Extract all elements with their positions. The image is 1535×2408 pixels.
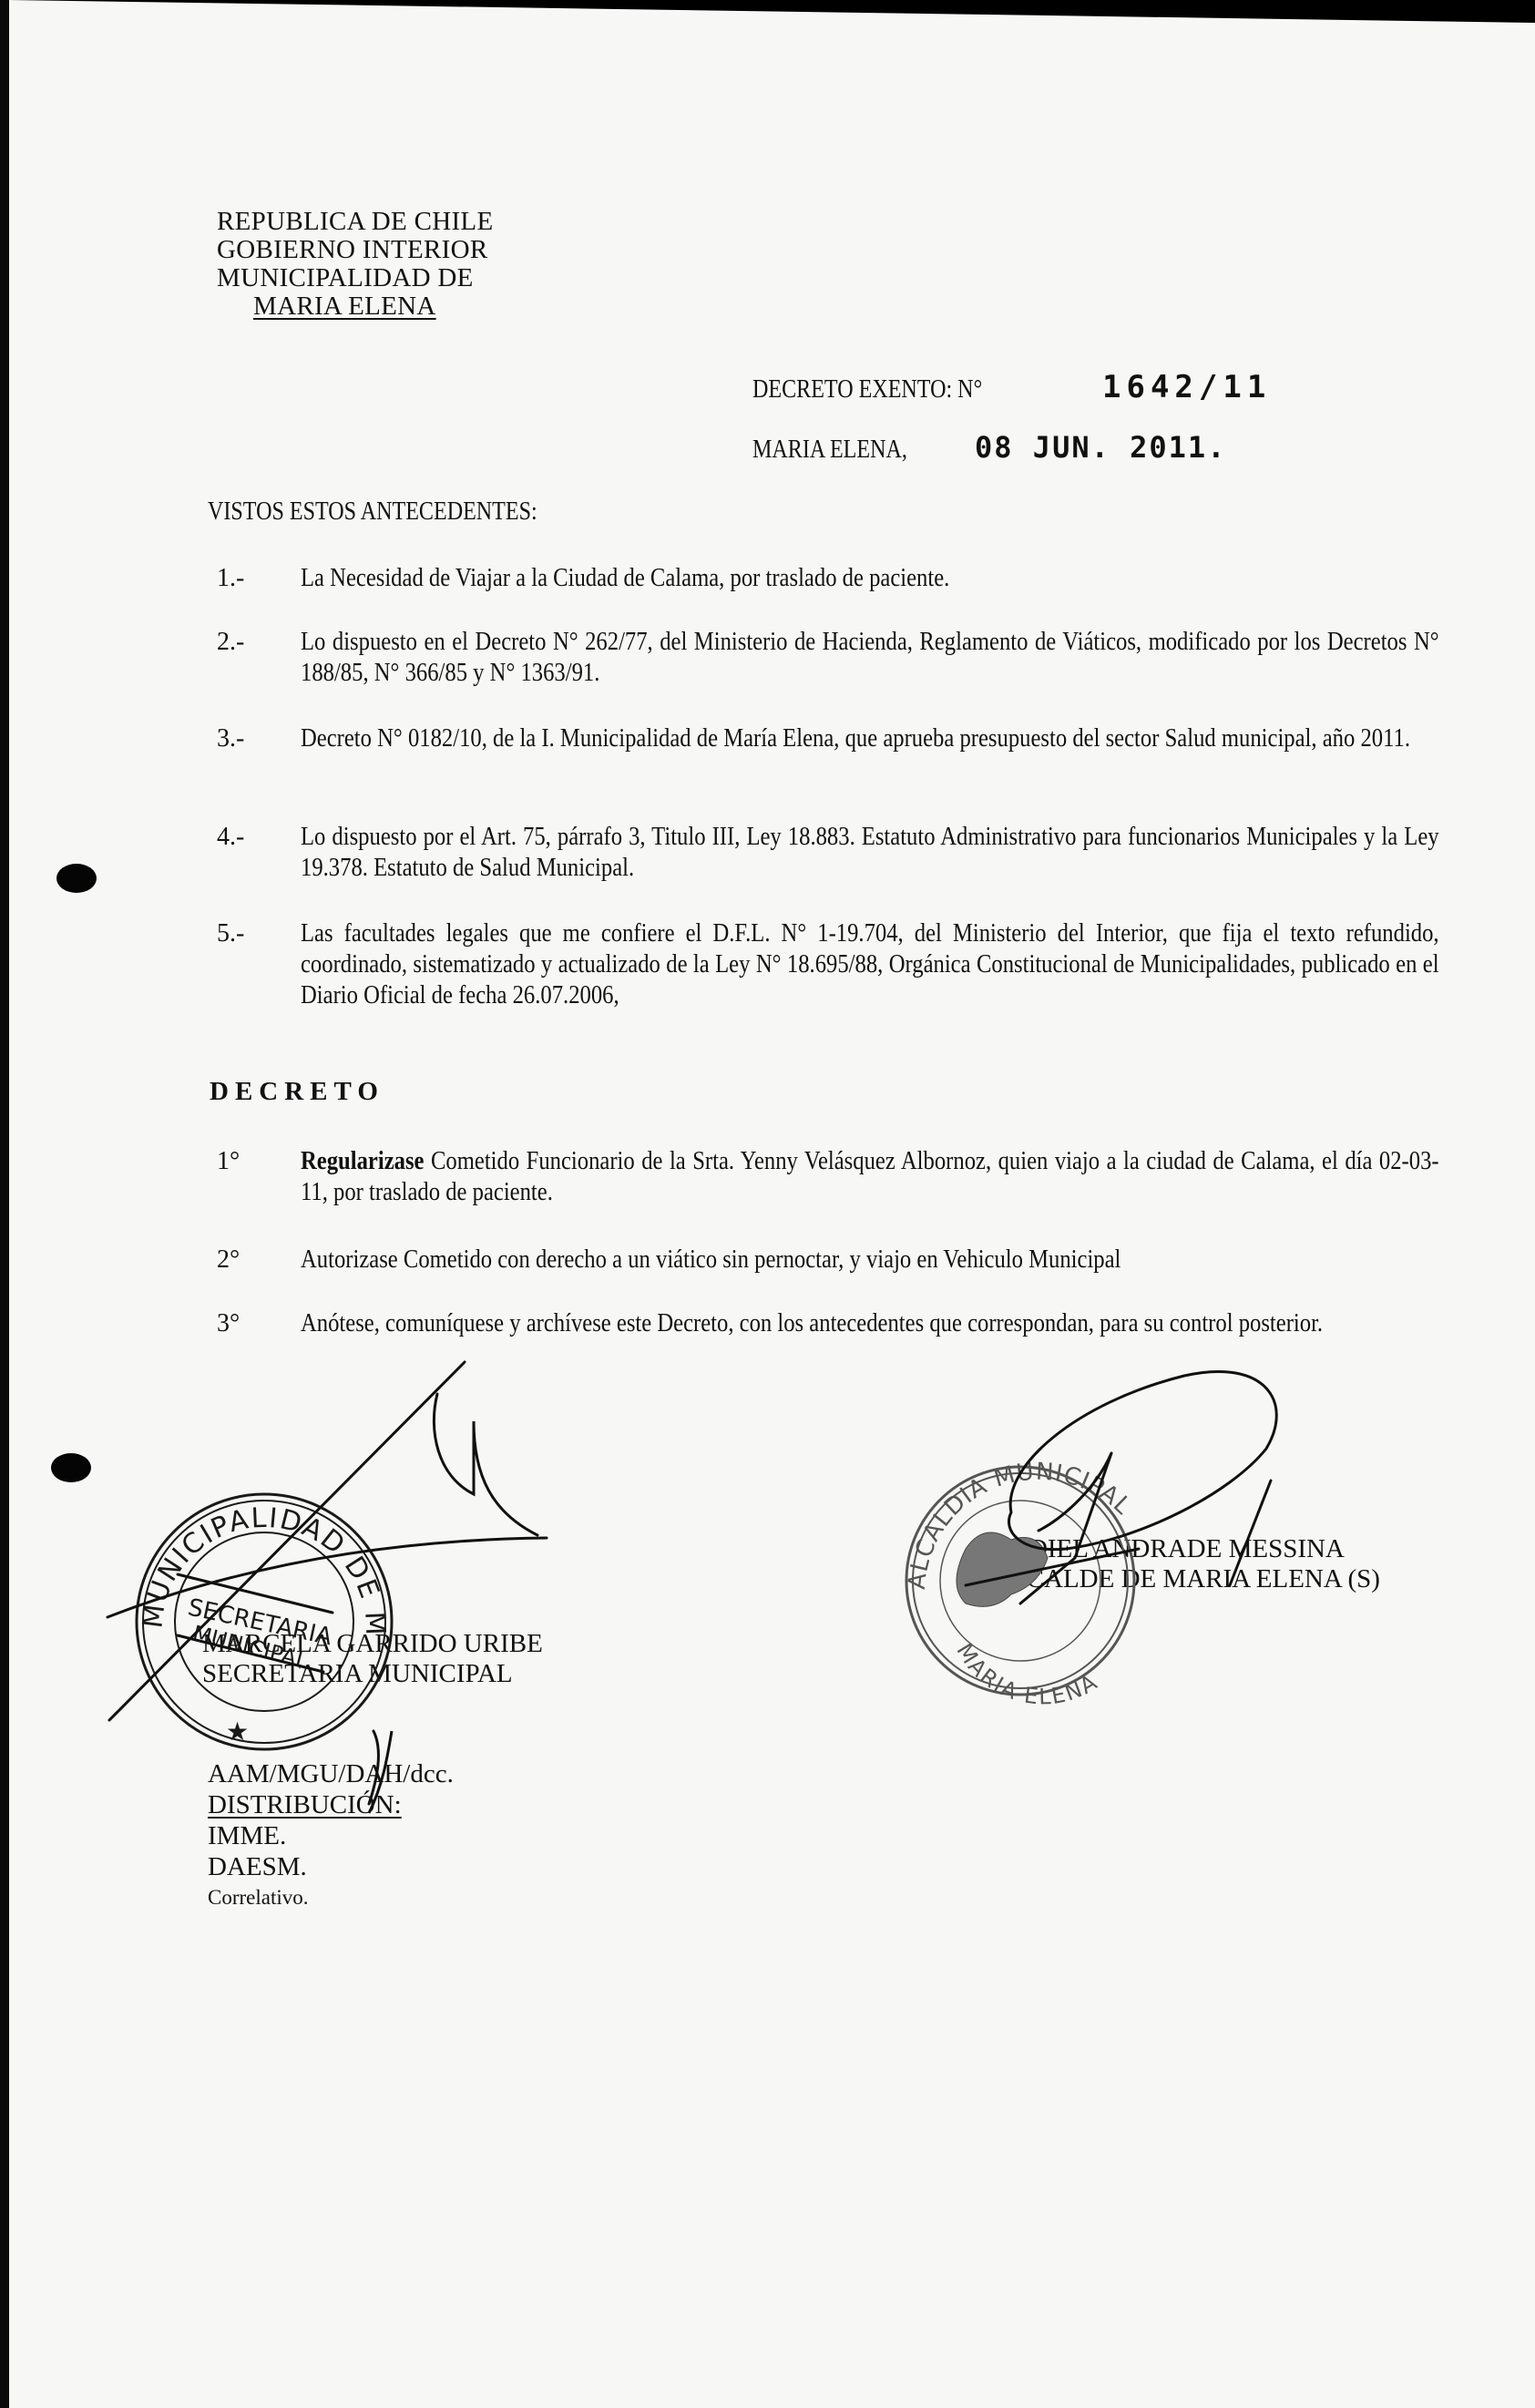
footer-note: Correlativo. [208,1882,454,1913]
header-line-country: REPUBLICA DE CHILE [217,208,493,236]
punch-hole-top [56,864,97,893]
vistos-title: VISTOS ESTOS ANTECEDENTES: [208,497,591,527]
place-label: MARIA ELENA, [752,435,933,465]
right-signatory-name: ADIEL ANDRADE MESSINA [991,1534,1380,1564]
scan-border [0,0,9,2408]
distribution-item: IMME. [208,1820,454,1851]
header-line-gov: GOBIERNO INTERIOR [217,236,493,264]
document-page: REPUBLICA DE CHILE GOBIERNO INTERIOR MUN… [9,0,1535,2408]
decree-date-stamp: 08 JUN. 2011. [975,430,1226,465]
header-line-muni: MUNICIPALIDAD DE [217,264,493,292]
issuer-header: REPUBLICA DE CHILE GOBIERNO INTERIOR MUN… [217,208,493,321]
left-signatory-name: MARCELA GARRIDO URIBE [202,1629,543,1659]
decree-number-label: DECRETO EXENTO: N° [752,375,1019,405]
left-signatory-title: SECRETARIA MUNICIPAL [202,1659,543,1689]
distribution-item: DAESM. [208,1851,454,1882]
right-signatory: ADIEL ANDRADE MESSINA ALCALDE DE MARIA E… [991,1534,1380,1594]
decreto-item-1-lead: Regularizase [301,1147,424,1175]
distribution-label: DISTRIBUCIÓN: [208,1789,454,1820]
decree-number-stamp: 1642/11 [1102,369,1271,405]
left-signatory: MARCELA GARRIDO URIBE SECRETARIA MUNICIP… [202,1629,543,1689]
decreto-title: DECRETO [210,1077,384,1107]
header-line-town: MARIA ELENA [217,292,493,321]
right-signatory-title: ALCALDE DE MARIA ELENA (S) [991,1564,1380,1594]
footer-distribution: AAM/MGU/DAH/dcc. DISTRIBUCIÓN: IMME. DAE… [208,1758,454,1913]
punch-hole-bottom [51,1453,91,1482]
footer-initials: AAM/MGU/DAH/dcc. [208,1758,454,1789]
